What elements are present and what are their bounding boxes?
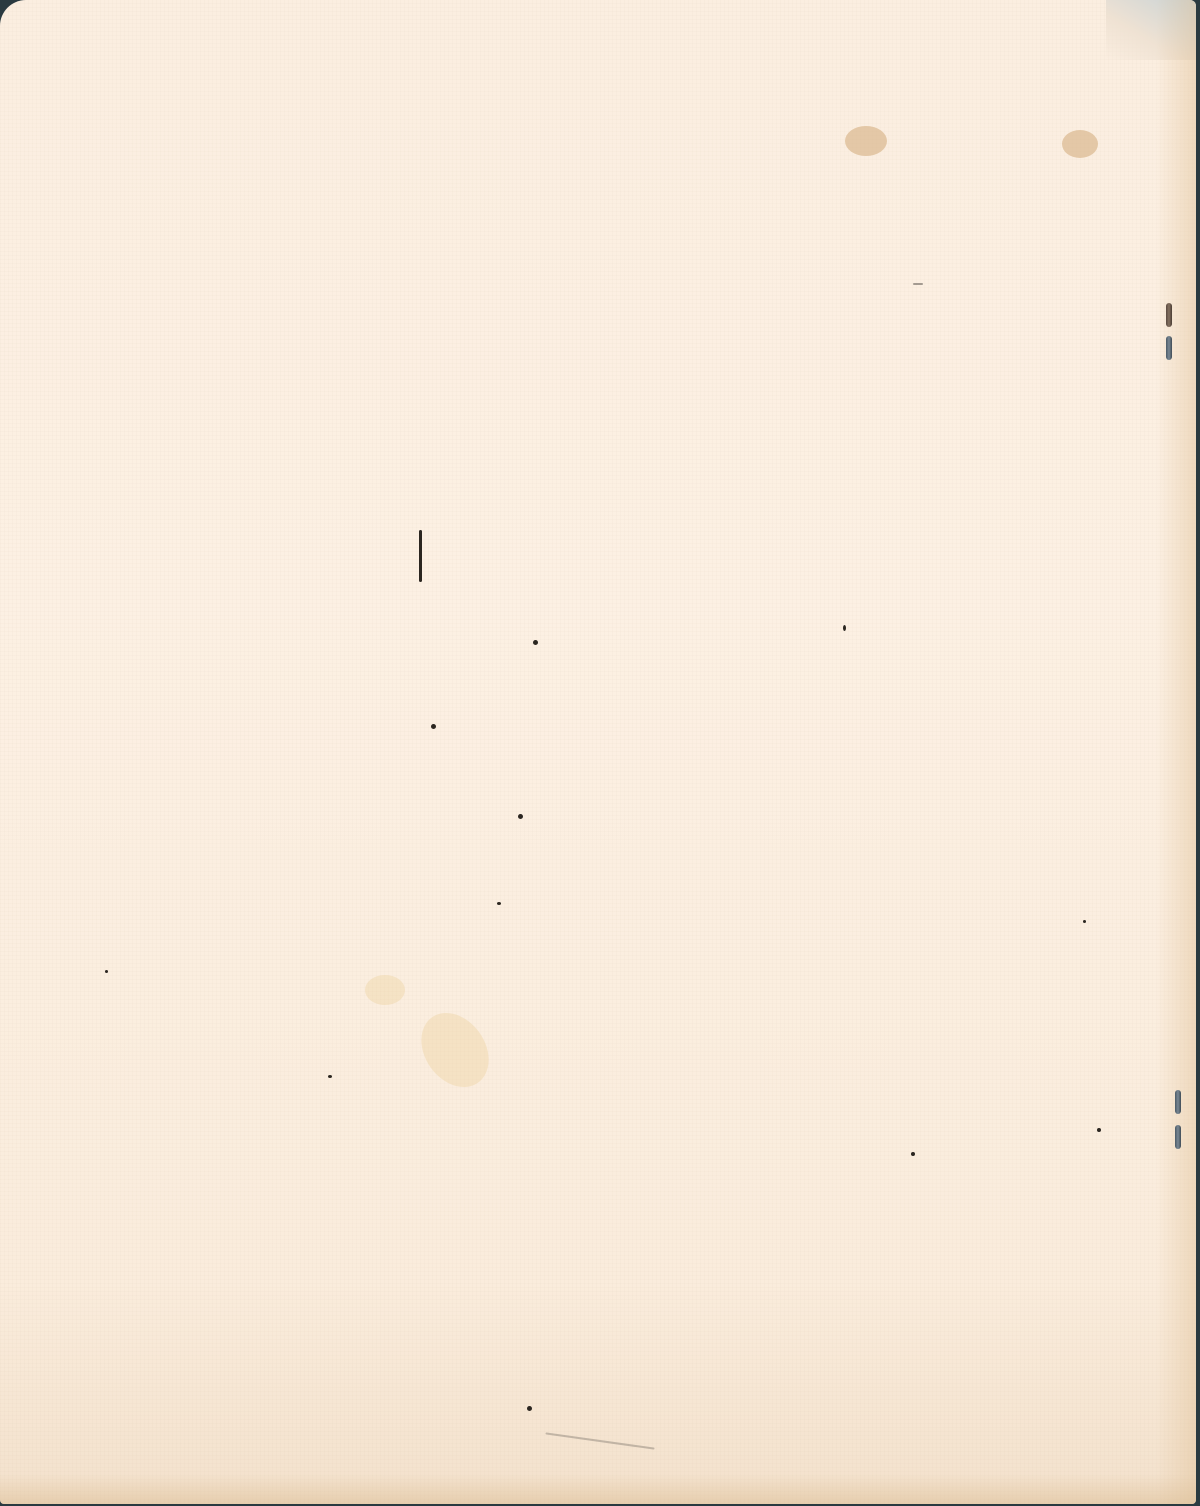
- speck: [911, 1152, 915, 1156]
- speck: [527, 1406, 532, 1411]
- scratch-mark: [913, 283, 923, 285]
- page-edge-shadow-bottom: [0, 1474, 1196, 1504]
- stain-mark: [365, 975, 405, 1005]
- stain-mark: [1062, 130, 1098, 158]
- scratch-mark: [545, 1432, 654, 1449]
- staple: [1166, 303, 1172, 327]
- speck: [497, 902, 501, 905]
- speck: [843, 625, 846, 631]
- back-cover-page: [0, 0, 1196, 1504]
- speck: [518, 814, 523, 819]
- ink-mark: [419, 530, 422, 582]
- staple: [1175, 1125, 1181, 1149]
- blank-content-area: [80, 80, 1116, 1424]
- speck: [533, 640, 538, 645]
- speck: [431, 724, 436, 729]
- staple: [1175, 1090, 1181, 1114]
- speck: [328, 1075, 332, 1078]
- staple: [1166, 336, 1172, 360]
- speck: [1083, 920, 1086, 923]
- stain-mark: [845, 126, 887, 156]
- page-edge-shadow-right: [1156, 0, 1196, 1504]
- speck: [105, 970, 108, 973]
- speck: [1097, 1128, 1101, 1132]
